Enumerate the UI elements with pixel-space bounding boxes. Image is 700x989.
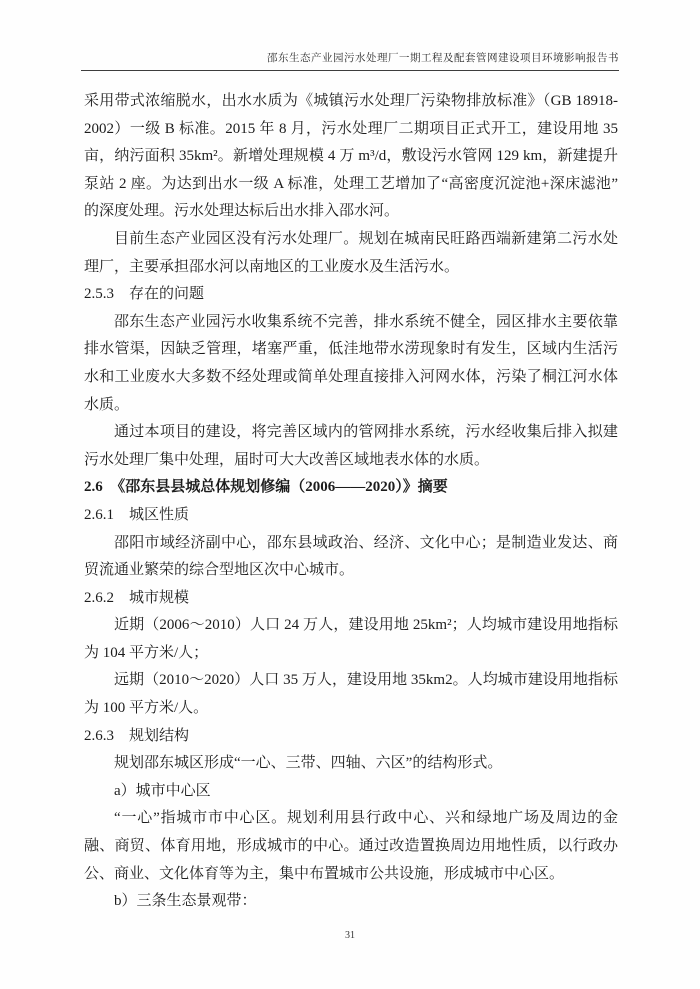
paragraph: 采用带式浓缩脱水，出水水质为《城镇污水处理厂污染物排放标准》（GB 18918-… (84, 88, 618, 226)
list-item: b）三条生态景观带： (84, 888, 618, 916)
section-heading: 2.5.3 存在的问题 (84, 281, 618, 309)
paragraph: 邵阳市域经济副中心，邵东县域政治、经济、文化中心；是制造业发达、商贸流通业繁荣的… (84, 530, 618, 585)
document-body: 采用带式浓缩脱水，出水水质为《城镇污水处理厂污染物排放标准》（GB 18918-… (84, 88, 618, 916)
paragraph: 目前生态产业园区没有污水处理厂。规划在城南民旺路西端新建第二污水处理厂，主要承担… (84, 226, 618, 281)
paragraph: 远期（2010～2020）人口 35 万人，建设用地 35km2。人均城市建设用… (84, 667, 618, 722)
document-page: 邵东生态产业园污水处理厂一期工程及配套管网建设项目环境影响报告书 采用带式浓缩脱… (0, 0, 700, 989)
page-header: 邵东生态产业园污水处理厂一期工程及配套管网建设项目环境影响报告书 (81, 50, 619, 71)
header-title: 邵东生态产业园污水处理厂一期工程及配套管网建设项目环境影响报告书 (267, 53, 619, 64)
paragraph: 邵东生态产业园污水收集系统不完善，排水系统不健全，园区排水主要依靠排水管渠，因缺… (84, 309, 618, 419)
paragraph: 近期（2006～2010）人口 24 万人，建设用地 25km²；人均城市建设用… (84, 612, 618, 667)
section-heading: 2.6.3 规划结构 (84, 723, 618, 751)
paragraph: 通过本项目的建设，将完善区域内的管网排水系统，污水经收集后排入拟建污水处理厂集中… (84, 419, 618, 474)
paragraph: “一心”指城市市中心区。规划利用县行政中心、兴和绿地广场及周边的金融、商贸、体育… (84, 805, 618, 888)
section-heading: 2.6 《邵东县县城总体规划修编（2006——2020）》摘要 (84, 474, 618, 502)
section-heading: 2.6.1 城区性质 (84, 502, 618, 530)
paragraph: 规划邵东城区形成“一心、三带、四轴、六区”的结构形式。 (84, 750, 618, 778)
section-heading: 2.6.2 城市规模 (84, 585, 618, 613)
page-number: 31 (345, 930, 355, 941)
list-item: a）城市中心区 (84, 778, 618, 806)
page-footer: 31 (0, 930, 700, 941)
